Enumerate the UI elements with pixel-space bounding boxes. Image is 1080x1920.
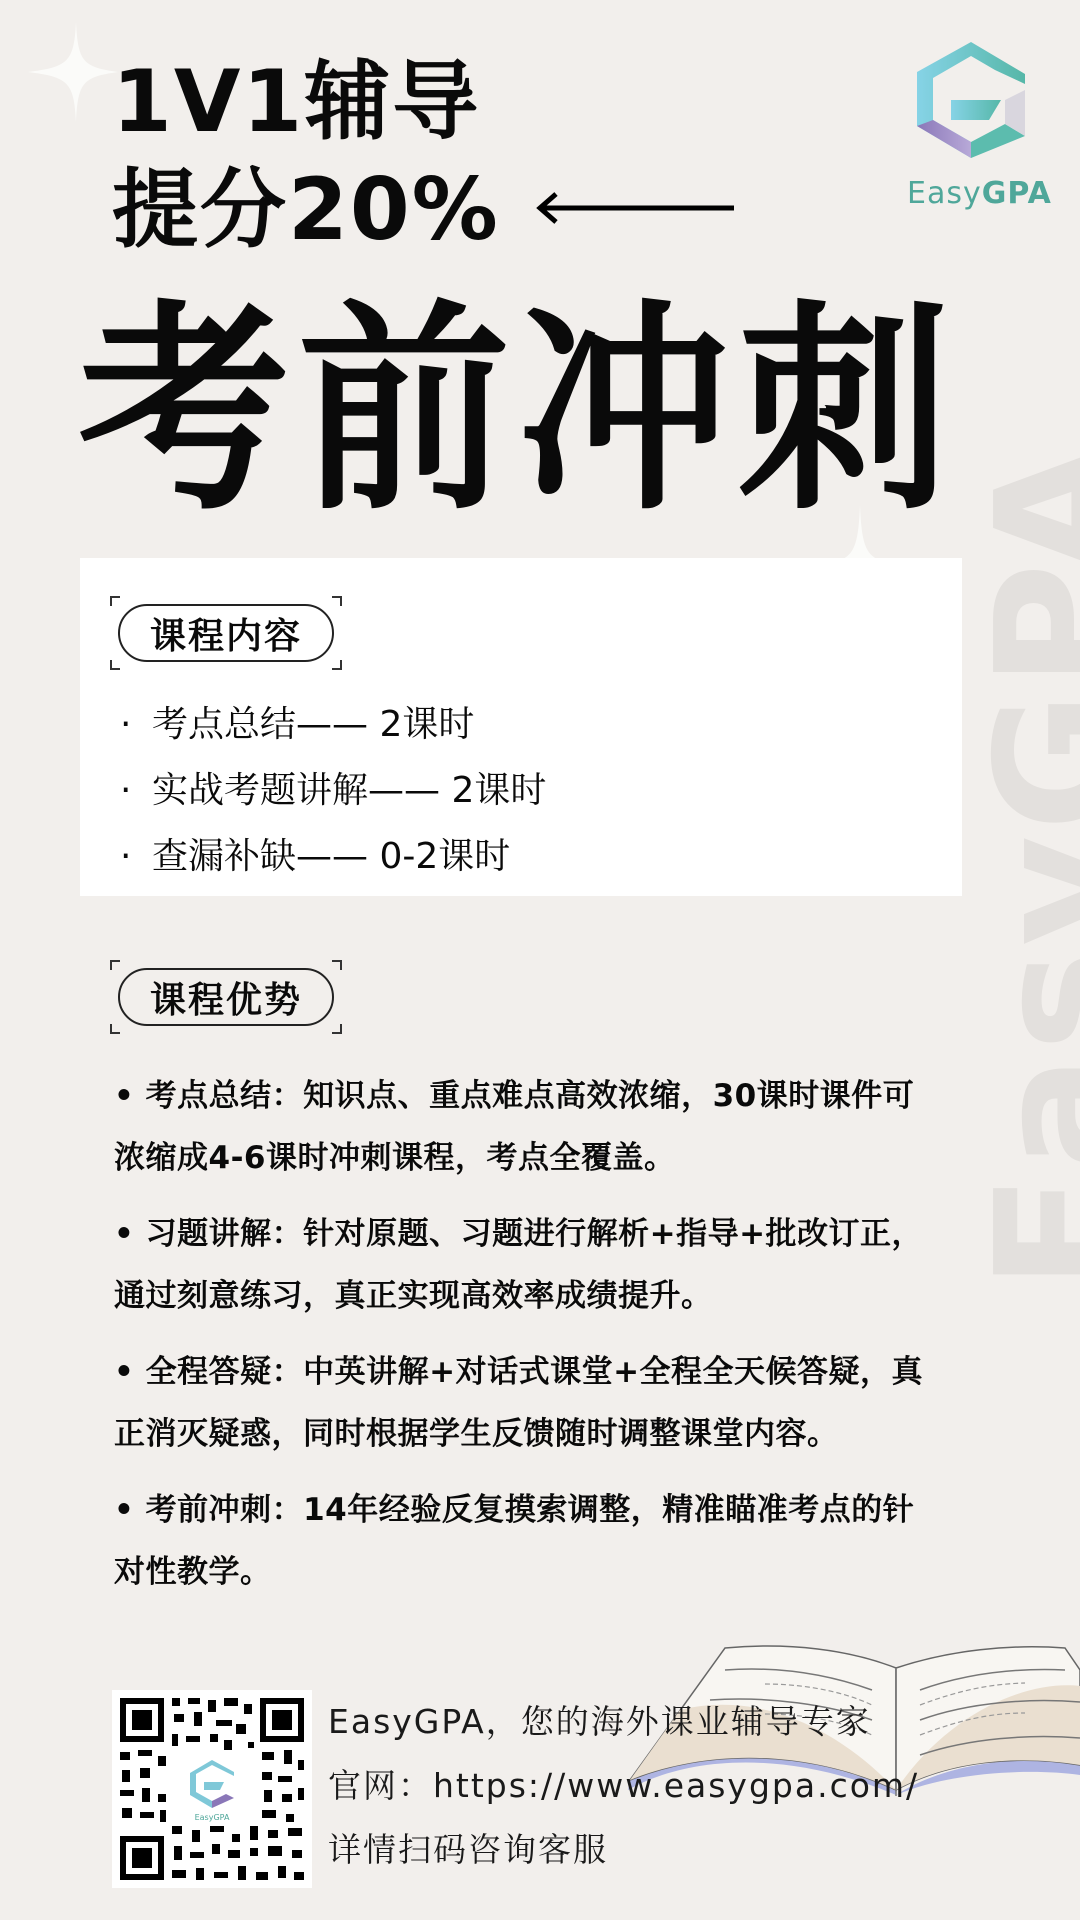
list-item: • 考点总结：知识点、重点难点高效浓缩，30课时课件可浓缩成4-6课时冲刺课程，… [114, 1065, 934, 1189]
course-advantages-list: • 考点总结：知识点、重点难点高效浓缩，30课时课件可浓缩成4-6课时冲刺课程，… [114, 1065, 934, 1617]
section-heading: 课程内容 [118, 604, 334, 662]
list-item: • 考前冲刺：14年经验反复摸索调整，精准瞄准考点的针对性教学。 [114, 1479, 934, 1603]
list-item: ·查漏补缺—— 0-2课时 [120, 824, 546, 890]
course-content-heading-badge: 课程内容 [110, 596, 342, 670]
course-advantages-heading-badge: 课程优势 [110, 960, 342, 1034]
footer-tagline: EasyGPA，您的海外课业辅导专家 [328, 1690, 919, 1754]
course-content-list: ·考点总结—— 2课时 ·实战考题讲解—— 2课时 ·查漏补缺—— 0-2课时 [120, 692, 546, 890]
brand-watermark: EasyGPA [960, 439, 1080, 1290]
footer-contact: EasyGPA，您的海外课业辅导专家 官网：https://www.easygp… [328, 1690, 919, 1882]
headline-line1: 1V1辅导 [112, 52, 480, 152]
sparkle-icon [28, 22, 118, 122]
svg-text:EasyGPA: EasyGPA [195, 1813, 230, 1822]
section-heading: 课程优势 [118, 968, 334, 1026]
headline-line2: 提分20% [112, 160, 500, 260]
easygpa-logo-icon [905, 40, 1037, 158]
brand-name-bold: GPA [982, 176, 1052, 211]
list-item: ·实战考题讲解—— 2课时 [120, 758, 546, 824]
brand-name: EasyGPA [907, 176, 1052, 211]
list-item: • 全程答疑：中英讲解+对话式课堂+全程全天候答疑，真正消灭疑惑，同时根据学生反… [114, 1341, 934, 1465]
scan-instruction: 详情扫码咨询客服 [328, 1818, 919, 1882]
list-item: ·考点总结—— 2课时 [120, 692, 546, 758]
qr-code-icon[interactable]: EasyGPA [112, 1690, 312, 1888]
left-arrow-icon [532, 188, 738, 228]
list-item: • 习题讲解：针对原题、习题进行解析+指导+批改订正，通过刻意练习，真正实现高效… [114, 1203, 934, 1327]
brand-name-light: Easy [907, 176, 982, 211]
page-title: 考前冲刺 [78, 290, 958, 532]
website-link[interactable]: 官网：https://www.easygpa.com/ [328, 1754, 919, 1818]
